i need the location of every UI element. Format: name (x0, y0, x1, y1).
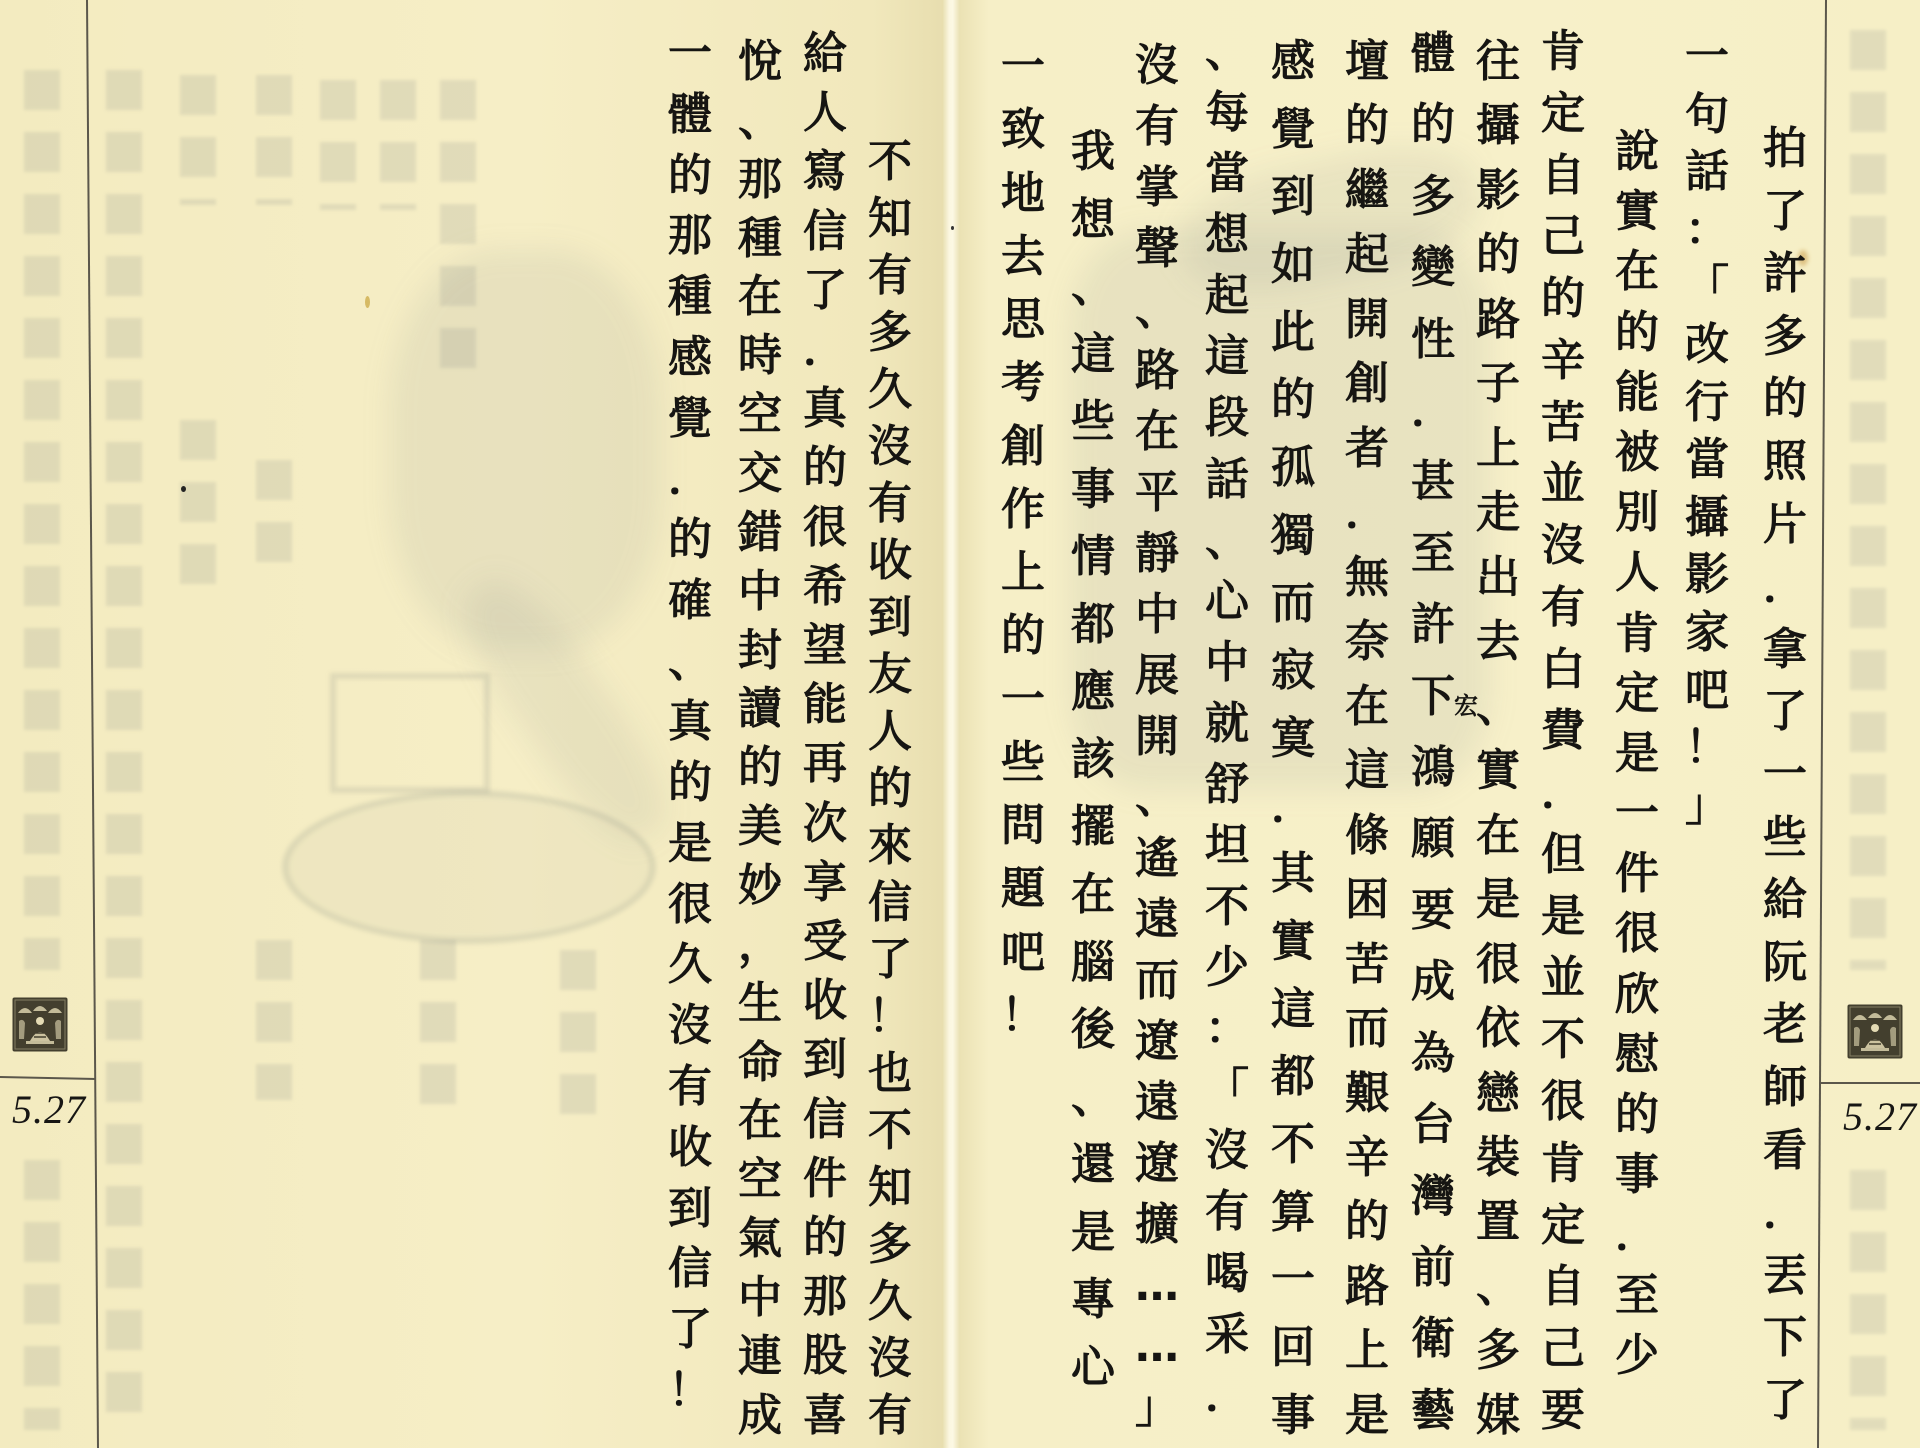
glyph: 上 (1470, 425, 1526, 473)
glyph: 被 (1609, 429, 1665, 477)
glyph: 那 (797, 1273, 853, 1321)
glyph: 有 (862, 252, 918, 300)
glyph: 奈 (1339, 618, 1395, 666)
glyph: 受 (797, 918, 853, 966)
glyph: 有 (1535, 584, 1591, 632)
text-column: 壇的繼起開創者．無奈在這條困苦而艱辛的路上是 (1339, 38, 1395, 1440)
bleed-through-text (24, 70, 60, 970)
glyph: 要 (1535, 1387, 1591, 1435)
bleed-through-text (24, 1160, 60, 1430)
glyph: 氣 (732, 1215, 788, 1263)
glyph: 困 (1339, 876, 1395, 924)
glyph: 久 (862, 366, 918, 414)
glyph: 一 (1757, 751, 1813, 799)
glyph: 多 (862, 309, 918, 357)
glyph: 多 (1757, 313, 1813, 361)
glyph: 遠 (1129, 1079, 1185, 1127)
glyph: 開 (1129, 713, 1185, 761)
glyph: 「 (1679, 263, 1735, 311)
glyph: 錯 (732, 509, 788, 557)
glyph: 沒 (1129, 42, 1185, 90)
glyph: 一 (995, 43, 1051, 91)
glyph: 路 (1129, 347, 1185, 395)
bleed-through-oval (282, 790, 656, 944)
glyph: 的 (862, 765, 918, 813)
glyph: 艱 (1339, 1070, 1395, 1118)
glyph: 在 (732, 273, 788, 321)
glyph: 自 (1535, 152, 1591, 200)
glyph: 一 (1609, 790, 1665, 838)
glyph: 、 (662, 638, 718, 686)
glyph: 享 (797, 859, 853, 907)
glyph: 寫 (797, 148, 853, 196)
glyph: 」 (1129, 1384, 1185, 1432)
glyph: 、 (1470, 1263, 1526, 1311)
glyph: 是 (1065, 1209, 1121, 1257)
glyph: ． (1339, 489, 1395, 537)
bleed-through-text (256, 75, 292, 205)
glyph: 、 (1470, 683, 1526, 731)
glyph: 許 (1757, 250, 1813, 298)
entry-date: 5.27 (12, 1088, 86, 1132)
text-column: 一體的那種感覺．的確、真的是很久沒有收到信了！ (662, 30, 718, 1415)
glyph: 性 (1405, 316, 1461, 364)
glyph: 是 (1470, 876, 1526, 924)
glyph: 多 (1470, 1327, 1526, 1375)
glyph: 的 (995, 612, 1051, 660)
glyph: ． (1757, 1189, 1813, 1237)
glyph: 地 (995, 170, 1051, 218)
glyph: 致 (995, 106, 1051, 154)
glyph: 再 (797, 740, 853, 788)
glyph: 一 (1679, 33, 1735, 81)
glyph: 的 (662, 759, 718, 807)
glyph: 創 (1339, 360, 1395, 408)
glyph: 有 (1129, 103, 1185, 151)
glyph: 喝 (1199, 1250, 1255, 1298)
glyph: 寂 (1265, 647, 1321, 695)
glyph: 阮 (1757, 939, 1813, 987)
glyph: 件 (797, 1155, 853, 1203)
glyph: 心 (1065, 1344, 1121, 1392)
glyph: 收 (862, 537, 918, 585)
glyph: 戀 (1470, 1070, 1526, 1118)
glyph: 實 (1609, 188, 1665, 236)
glyph: 話 (1199, 456, 1255, 504)
text-column: 一句話：「改行當攝影家吧！」 (1679, 33, 1735, 830)
glyph: 這 (1265, 986, 1321, 1034)
glyph: 的 (1339, 102, 1395, 150)
glyph: 費 (1535, 707, 1591, 755)
glyph: 為 (1405, 1030, 1461, 1078)
glyph: 少 (1609, 1332, 1665, 1380)
glyph: 到 (862, 594, 918, 642)
glyph: ． (1405, 387, 1461, 435)
glyph: 上 (1339, 1327, 1395, 1375)
glyph: 應 (1065, 668, 1121, 716)
glyph: 沒 (862, 423, 918, 471)
glyph: 題 (995, 865, 1051, 913)
glyph: 該 (1065, 736, 1121, 784)
glyph: 去 (1470, 618, 1526, 666)
glyph: 沒 (862, 1335, 918, 1383)
glyph: 些 (995, 739, 1051, 787)
glyph: 些 (1757, 814, 1813, 862)
glyph: 實 (1265, 918, 1321, 966)
glyph: 人 (1609, 549, 1665, 597)
glyph: 許 (1405, 601, 1461, 649)
glyph: 成 (732, 1392, 788, 1440)
glyph: 的 (797, 1214, 853, 1262)
glyph: 能 (1609, 369, 1665, 417)
glyph: 掌 (1129, 164, 1185, 212)
glyph: 久 (662, 941, 718, 989)
glyph: 起 (1199, 272, 1255, 320)
glyph: 都 (1265, 1053, 1321, 1101)
glyph: 衛 (1405, 1315, 1461, 1363)
glyph: 心 (1199, 578, 1255, 626)
glyph: 遙 (1129, 835, 1185, 883)
glyph: 多 (1405, 173, 1461, 221)
glyph: 還 (1065, 1141, 1121, 1189)
glyph: 並 (1535, 460, 1591, 508)
glyph: 確 (662, 577, 718, 625)
glyph: 孤 (1265, 444, 1321, 492)
glyph: ！ (862, 993, 918, 1041)
glyph: 此 (1265, 309, 1321, 357)
text-column: 、每當想起這段話、心中就舒坦不少：「沒有喝采． (1199, 28, 1255, 1420)
glyph: 覺 (662, 395, 718, 443)
glyph: 很 (1470, 941, 1526, 989)
text-column: 感覺到如此的孤獨而寂寞．其實這都不算一回事 (1265, 38, 1321, 1440)
glyph: ． (797, 326, 853, 374)
glyph: 的 (1265, 376, 1321, 424)
glyph: 上 (995, 549, 1051, 597)
glyph: 的 (1470, 231, 1526, 279)
glyph: 讀 (732, 685, 788, 733)
glyph: 作 (995, 486, 1051, 534)
bleed-through-drawing (390, 250, 660, 650)
glyph: 後 (1065, 1006, 1121, 1054)
glyph: ． (1265, 783, 1321, 831)
glyph: 吧 (995, 929, 1051, 977)
text-column: 說實在的能被別人肯定是一件很欣慰的事．至少 (1609, 128, 1665, 1380)
glyph: 慰 (1609, 1031, 1665, 1079)
glyph: 說 (1609, 128, 1665, 176)
seal-stamp-icon (1847, 1004, 1903, 1059)
glyph: 了 (1757, 688, 1813, 736)
glyph: 都 (1065, 601, 1121, 649)
glyph: 感 (662, 334, 718, 382)
glyph: 空 (732, 1156, 788, 1204)
text-column: 給人寫信了．真的很希望能再次享受收到信件的那股喜 (797, 30, 853, 1440)
glyph: ． (1757, 563, 1813, 611)
glyph: 藝 (1405, 1387, 1461, 1435)
glyph: 考 (995, 359, 1051, 407)
glyph: 」 (1679, 782, 1735, 830)
glyph: 展 (1129, 652, 1185, 700)
seal-stamp-icon (12, 997, 68, 1052)
glyph: 、 (1065, 1074, 1121, 1122)
glyph: 想 (1199, 211, 1255, 259)
paper-stain (365, 296, 370, 308)
glyph: 感 (1265, 38, 1321, 86)
glyph: 遼 (1129, 1018, 1185, 1066)
glyph: ！ (1679, 724, 1735, 772)
glyph: 苦 (1535, 399, 1591, 447)
text-column: 悅、那種在時空交錯中封讀的美妙，生命在空氣中連成 (732, 38, 788, 1440)
glyph: 到 (1265, 173, 1321, 221)
glyph: 到 (662, 1185, 718, 1233)
glyph: 連 (732, 1333, 788, 1381)
glyph: 當 (1199, 150, 1255, 198)
glyph: 出 (1470, 554, 1526, 602)
bleed-through-text (1850, 30, 1886, 970)
glyph: 事 (1065, 466, 1121, 514)
glyph: 要 (1405, 887, 1461, 935)
glyph: 種 (662, 273, 718, 321)
glyph: 壇 (1339, 38, 1395, 86)
glyph: 一 (1265, 1256, 1321, 1304)
text-column: 一致地去思考創作上的一些問題吧！ (995, 43, 1051, 1040)
glyph: 這 (1065, 331, 1121, 379)
glyph: 有 (862, 1392, 918, 1440)
glyph: 、 (1129, 774, 1185, 822)
glyph: 其 (1265, 850, 1321, 898)
bleed-through-text (180, 420, 216, 600)
glyph: 定 (1535, 1202, 1591, 1250)
glyph: 、 (1199, 517, 1255, 565)
glyph: 創 (995, 423, 1051, 471)
glyph: 不 (1535, 1016, 1591, 1064)
glyph: 件 (1609, 850, 1665, 898)
glyph: 很 (797, 504, 853, 552)
glyph: 白 (1535, 646, 1591, 694)
glyph: 次 (797, 800, 853, 848)
glyph: 的 (662, 516, 718, 564)
glyph: 美 (732, 803, 788, 851)
glyph: 聲 (1129, 225, 1185, 273)
glyph: 給 (1757, 876, 1813, 924)
glyph: 靜 (1129, 530, 1185, 578)
glyph: 而 (1129, 957, 1185, 1005)
glyph: 而 (1339, 1005, 1395, 1053)
glyph: 當 (1679, 436, 1735, 484)
bleed-through-text (256, 940, 292, 1100)
glyph: 了 (797, 267, 853, 315)
glyph: 不 (862, 138, 918, 186)
glyph: 變 (1405, 244, 1461, 292)
glyph: 到 (797, 1036, 853, 1084)
glyph: 少 (1199, 944, 1255, 992)
glyph: 定 (1535, 90, 1591, 138)
bleed-through-text (106, 70, 142, 1430)
glyph: 不 (1199, 883, 1255, 931)
glyph: 在 (1339, 683, 1395, 731)
glyph: 家 (1679, 609, 1735, 657)
glyph: 平 (1129, 469, 1185, 517)
glyph: 沒 (662, 1002, 718, 1050)
text-column: 肯定自己的辛苦並沒有白費．但是並不很肯定自己要 (1535, 28, 1591, 1435)
glyph: 那 (662, 212, 718, 260)
glyph: 知 (862, 1164, 918, 1212)
glyph: 拿 (1757, 626, 1813, 674)
glyph: 就 (1199, 700, 1255, 748)
glyph: 並 (1535, 954, 1591, 1002)
bleed-through-text (380, 80, 416, 210)
glyph: 封 (732, 627, 788, 675)
glyph: 影 (1470, 167, 1526, 215)
glyph: 喜 (797, 1392, 853, 1440)
glyph: 路 (1470, 296, 1526, 344)
glyph: 空 (732, 391, 788, 439)
glyph: 己 (1535, 213, 1591, 261)
ink-dot (181, 486, 186, 492)
glyph: 至 (1405, 530, 1461, 578)
glyph: 了 (1757, 188, 1813, 236)
glyph: 回 (1265, 1324, 1321, 1372)
bleed-through-text (1850, 1170, 1886, 1430)
glyph: 、 (732, 97, 788, 145)
glyph: 有 (862, 480, 918, 528)
glyph: 己 (1535, 1325, 1591, 1373)
glyph: 久 (862, 1278, 918, 1326)
glyph: 辛 (1535, 337, 1591, 385)
text-column: 我想、這些事情都應該擺在腦後、還是專心 (1065, 128, 1121, 1392)
glyph: 攝 (1470, 102, 1526, 150)
glyph: 中 (1129, 591, 1185, 639)
glyph: 腦 (1065, 939, 1121, 987)
glyph: 者 (1339, 425, 1395, 473)
glyph: 、 (1065, 263, 1121, 311)
glyph: 覺 (1265, 106, 1321, 154)
glyph: 妙 (732, 862, 788, 910)
glyph: 思 (995, 296, 1051, 344)
glyph: 寞 (1265, 715, 1321, 763)
glyph: ． (1199, 1372, 1255, 1420)
glyph: 願 (1405, 815, 1461, 863)
glyph: 苦 (1339, 941, 1395, 989)
glyph: 甚 (1405, 458, 1461, 506)
glyph: 的 (662, 152, 718, 200)
ink-dot (951, 226, 954, 230)
glyph: 不 (862, 1107, 918, 1155)
bleed-through-text (320, 80, 356, 210)
glyph: 句 (1679, 91, 1735, 139)
glyph: 很 (1535, 1078, 1591, 1126)
glyph: 繼 (1339, 167, 1395, 215)
glyph: ！ (995, 992, 1051, 1040)
glyph: 裝 (1470, 1134, 1526, 1182)
glyph: 悅 (732, 38, 788, 86)
glyph: 真 (662, 698, 718, 746)
glyph: 下 (1757, 1314, 1813, 1362)
bleed-through-text (180, 75, 216, 205)
glyph: 自 (1535, 1263, 1591, 1311)
glyph: 成 (1405, 958, 1461, 1006)
bleed-through-text (420, 940, 456, 1120)
glyph: 老 (1757, 1001, 1813, 1049)
glyph: 坦 (1199, 822, 1255, 870)
glyph: 丟 (1757, 1252, 1813, 1300)
glyph: 起 (1339, 231, 1395, 279)
glyph: 生 (732, 980, 788, 1028)
glyph: 、 (1199, 28, 1255, 76)
glyph: 知 (862, 195, 918, 243)
glyph: 話 (1679, 148, 1735, 196)
glyph: 肯 (1535, 28, 1591, 76)
glyph: 別 (1609, 489, 1665, 537)
glyph: 種 (732, 215, 788, 263)
glyph: … (1129, 1262, 1185, 1310)
glyph: 的 (797, 444, 853, 492)
glyph: 但 (1535, 831, 1591, 879)
glyph: 命 (732, 1039, 788, 1087)
entry-date: 5.27 (1843, 1095, 1917, 1139)
glyph: 真 (797, 385, 853, 433)
glyph: 了 (862, 936, 918, 984)
glyph: 信 (797, 1096, 853, 1144)
glyph: 在 (1129, 408, 1185, 456)
glyph: 欣 (1609, 971, 1665, 1019)
glyph: 想 (1065, 196, 1121, 244)
glyph: 在 (1065, 871, 1121, 919)
glyph: 在 (1609, 248, 1665, 296)
glyph: 這 (1339, 747, 1395, 795)
bleed-through-frame (330, 673, 490, 793)
glyph: 友 (862, 651, 918, 699)
glyph: 望 (797, 622, 853, 670)
text-column: 不知有多久沒有收到友人的來信了！也不知多久沒有 (862, 138, 918, 1440)
bleed-through-text (256, 460, 292, 580)
glyph: 吧 (1679, 667, 1735, 715)
glyph: 問 (995, 802, 1051, 850)
glyph: 信 (797, 208, 853, 256)
glyph: 無 (1339, 554, 1395, 602)
glyph: 往 (1470, 38, 1526, 86)
glyph: 有 (662, 1063, 718, 1111)
glyph: 走 (1470, 489, 1526, 537)
bleed-through-text (440, 80, 476, 380)
bleed-through-text (560, 950, 596, 1120)
glyph: … (1129, 1323, 1185, 1371)
glyph: 沒 (1199, 1127, 1255, 1175)
glyph: 下 (1405, 673, 1461, 721)
glyph: 信 (862, 879, 918, 927)
glyph: ！ (662, 1367, 718, 1415)
glyph: 在 (1470, 812, 1526, 860)
glyph: 每 (1199, 89, 1255, 137)
glyph: 攝 (1679, 494, 1735, 542)
glyph: 了 (1757, 1377, 1813, 1425)
glyph: 肯 (1609, 610, 1665, 658)
glyph: 中 (732, 568, 788, 616)
glyph: 很 (662, 881, 718, 929)
glyph: 我 (1065, 128, 1121, 176)
glyph: 希 (797, 563, 853, 611)
glyph: 人 (797, 89, 853, 137)
glyph: 遼 (1129, 1140, 1185, 1188)
glyph: 段 (1199, 394, 1255, 442)
text-column: 沒有掌聲、路在平靜中展開、遙遠而遼遠遼擴……」 (1129, 42, 1185, 1432)
glyph: 交 (732, 450, 788, 498)
glyph: 實 (1470, 747, 1526, 795)
glyph: 擴 (1129, 1201, 1185, 1249)
glyph: 來 (862, 822, 918, 870)
glyph: 鴻 (1405, 744, 1461, 792)
glyph: 體 (1405, 30, 1461, 78)
glyph: 前 (1405, 1244, 1461, 1292)
